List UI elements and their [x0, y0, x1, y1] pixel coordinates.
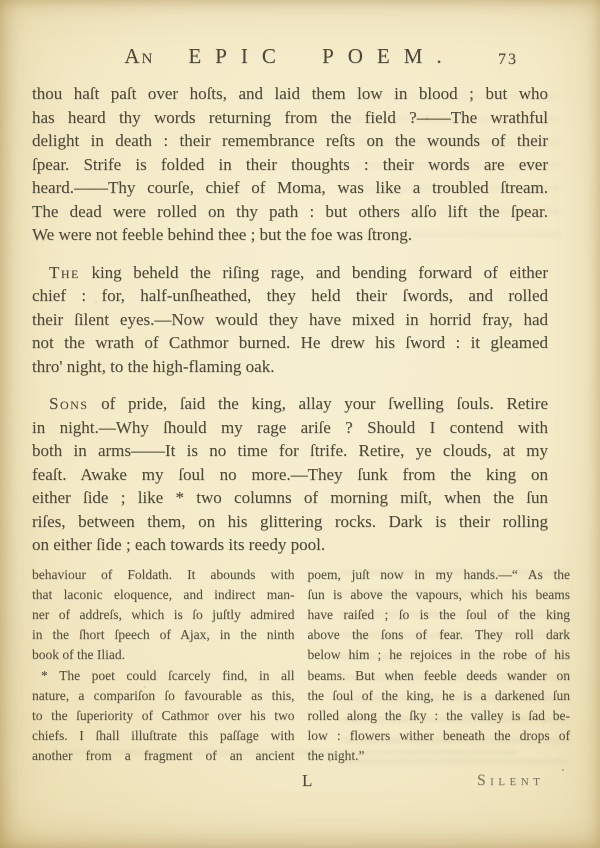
footnote-line: poem, juſt now in my hands.—“ As the — [308, 565, 571, 585]
footnote-line: in the ſhort ſpeech of Ajax, in the nint… — [32, 625, 295, 645]
body-line: riſes, between them, on his glittering r… — [32, 510, 548, 534]
paragraph: The king beheld the riſing rage, and ben… — [32, 261, 548, 379]
body-line: Sons of pride, ſaid the king, allay your… — [32, 392, 548, 416]
footnote-line: chiefs. I ſhall illuſtrate this paſſage … — [32, 726, 295, 746]
footnote-line: * The poet could ſcarcely find, in all — [32, 666, 295, 686]
page-footer: L Silent — [32, 771, 570, 795]
body-line: heard.——Thy courſe, chief of Moma, was l… — [32, 176, 548, 200]
book-page-scan: AnEPIC POEM. 73 thou haſt paſt over hoſt… — [0, 0, 600, 848]
body-line: not the wrath of Cathmor burned. He drew… — [32, 331, 548, 355]
body-line: The king beheld the riſing rage, and ben… — [32, 261, 548, 285]
body-line: in night.—Why ſhould my rage ariſe ? Sho… — [32, 416, 548, 440]
footnote-line: that laconic eloquence, and indirect man… — [32, 585, 295, 605]
body-line: their ſilent eyes.—Now would they have m… — [32, 308, 548, 332]
body-line: The dead were rolled on thy path : but o… — [32, 200, 548, 224]
paragraph: Sons of pride, ſaid the king, allay your… — [32, 392, 548, 557]
body-line: both in arms——It is no time for ſtrife. … — [32, 439, 548, 463]
body-line: has heard thy words returning from the f… — [32, 106, 548, 130]
page-number: 73 — [498, 51, 518, 69]
footnote-line: book of the Iliad. — [32, 645, 295, 665]
footnote-column-right: poem, juſt now in my hands.—“ As the ſun… — [308, 565, 571, 767]
signature-mark: L — [302, 771, 313, 791]
footnote-line: rolled along the ſky : the valley is ſad… — [308, 706, 571, 726]
body-line: either ſide ; like * two columns of morn… — [32, 486, 548, 510]
body-line: thro' night, to the high-flaming oak. — [32, 355, 548, 379]
body-line: thou haſt paſt over hoſts, and laid them… — [32, 82, 548, 106]
footnote-column-left: behaviour of Foldath. It abounds with th… — [32, 565, 295, 767]
body-line-text: king beheld the riſing rage, and bending… — [80, 263, 548, 282]
body-line: on either ſide ; each towards its reedy … — [32, 533, 548, 557]
paragraph-lead: Sons — [49, 394, 88, 413]
body-line: chief : for, half-unſheathed, they held … — [32, 284, 548, 308]
running-title: EPIC POEM. — [188, 44, 455, 68]
footnote-line: low : flowers wither beneath the drops o… — [308, 726, 571, 746]
running-title-article: An — [124, 44, 154, 68]
footnote-line: nature, a compariſon ſo favourable as th… — [32, 686, 295, 706]
paragraph: thou haſt paſt over hoſts, and laid them… — [32, 82, 548, 247]
body-line: feaſt. Awake my ſoul no more.—They ſunk … — [32, 463, 548, 487]
body-line: We were not feeble behind thee ; but the… — [32, 223, 548, 247]
body-line-text: of pride, ſaid the king, allay your ſwel… — [88, 394, 548, 413]
footnote-line: beams. But when feeble deeds wander on — [308, 666, 571, 686]
footnote-line: behaviour of Foldath. It abounds with — [32, 565, 295, 585]
body-line: delight in death : their remembrance reſ… — [32, 129, 548, 153]
footnote-line: the night.” — [308, 746, 571, 766]
footnote-line: to the ſuperiority of Cathmor over his t… — [32, 706, 295, 726]
footnote-section: behaviour of Foldath. It abounds with th… — [32, 565, 570, 767]
footnote-line: another from a fragment of an ancient — [32, 746, 295, 766]
footnote-line: ſun is above the vapours, which his beam… — [308, 585, 571, 605]
footnote-line: have raiſed ; ſo is the ſoul of the king — [308, 605, 571, 625]
running-header: AnEPIC POEM. 73 — [32, 44, 548, 70]
footnote-line: below him ; he rejoices in the robe of h… — [308, 645, 571, 665]
paragraph-lead: The — [49, 263, 80, 282]
body-text: thou haſt paſt over hoſts, and laid them… — [32, 82, 548, 557]
catchword: Silent — [477, 772, 544, 790]
body-line: ſpear. Strife is folded in their thought… — [32, 153, 548, 177]
footnote-line: above the ſons of fear. They roll dark — [308, 625, 571, 645]
footnote-line: the ſoul of the king, he is a darkened ſ… — [308, 686, 571, 706]
footnote-line: ner of addreſs, which is ſo juſtly admir… — [32, 605, 295, 625]
